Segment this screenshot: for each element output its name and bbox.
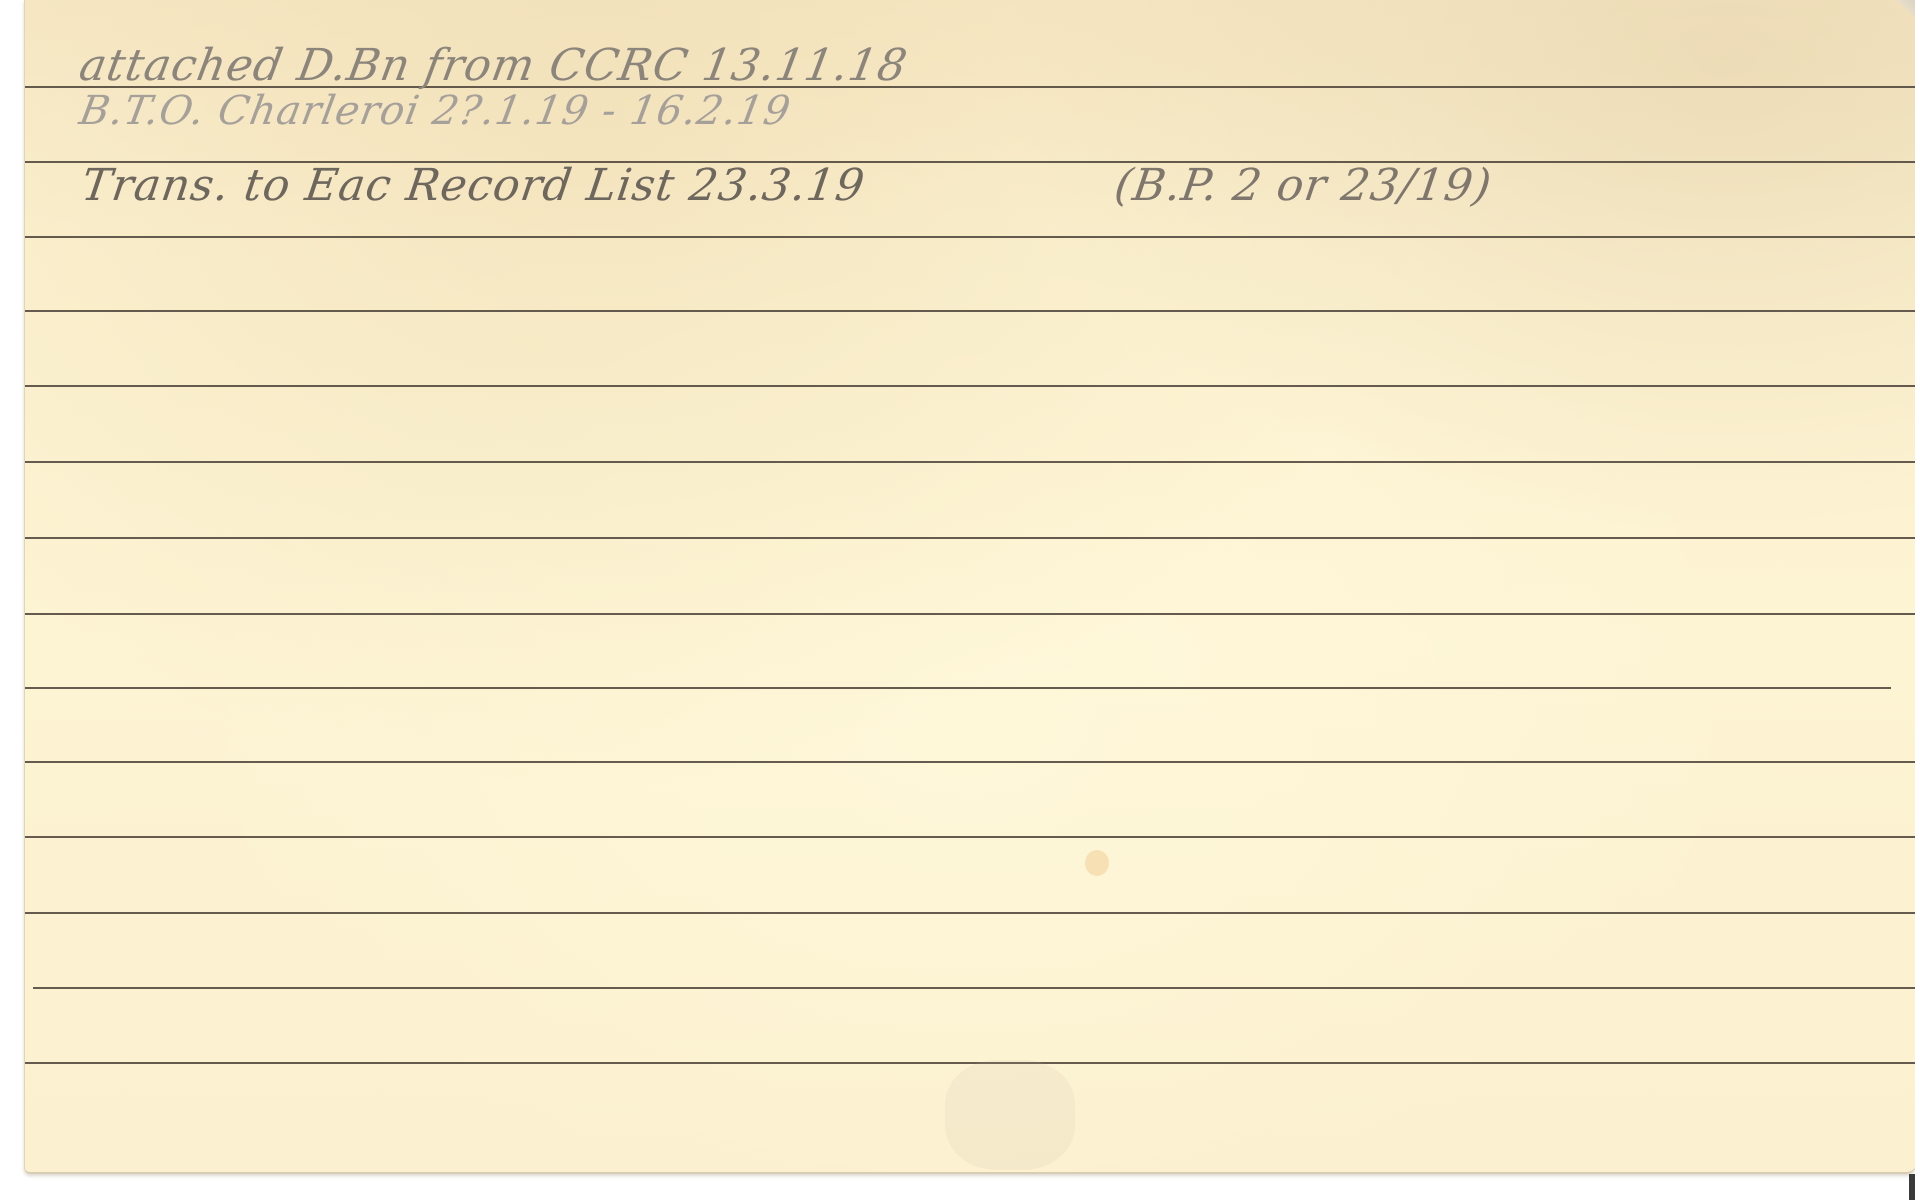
ruled-line: [33, 987, 1915, 989]
paper-smudge: [945, 1060, 1075, 1170]
ruled-line: [25, 912, 1915, 914]
card-corner-fold: [1894, 0, 1915, 16]
ruled-line: [25, 310, 1915, 312]
handwritten-entry-attached: attached D.Bn from CCRC 13.11.18: [76, 40, 912, 91]
handwritten-entry-charleroi: B.T.O. Charleroi 2?.1.19 - 16.2.19: [76, 88, 794, 134]
ruled-line: [25, 613, 1915, 615]
ruled-line: [25, 236, 1915, 238]
handwritten-entry-transfer: Trans. to Eac Record List 23.3.19: [78, 160, 868, 211]
document-page: attached D.Bn from CCRC 13.11.18 B.T.O. …: [0, 0, 1915, 1200]
handwritten-entry-reference: (B.P. 2 or 23/19): [1111, 160, 1495, 211]
ruled-line: [25, 836, 1915, 838]
ruled-line: [25, 1062, 1915, 1064]
ruled-line: [25, 687, 1891, 689]
ruled-line: [25, 761, 1915, 763]
paper-stain: [1085, 850, 1109, 876]
ruled-line: [25, 385, 1915, 387]
scan-edge-mark: [1909, 1174, 1915, 1200]
ruled-line: [25, 461, 1915, 463]
ruled-line: [25, 537, 1915, 539]
